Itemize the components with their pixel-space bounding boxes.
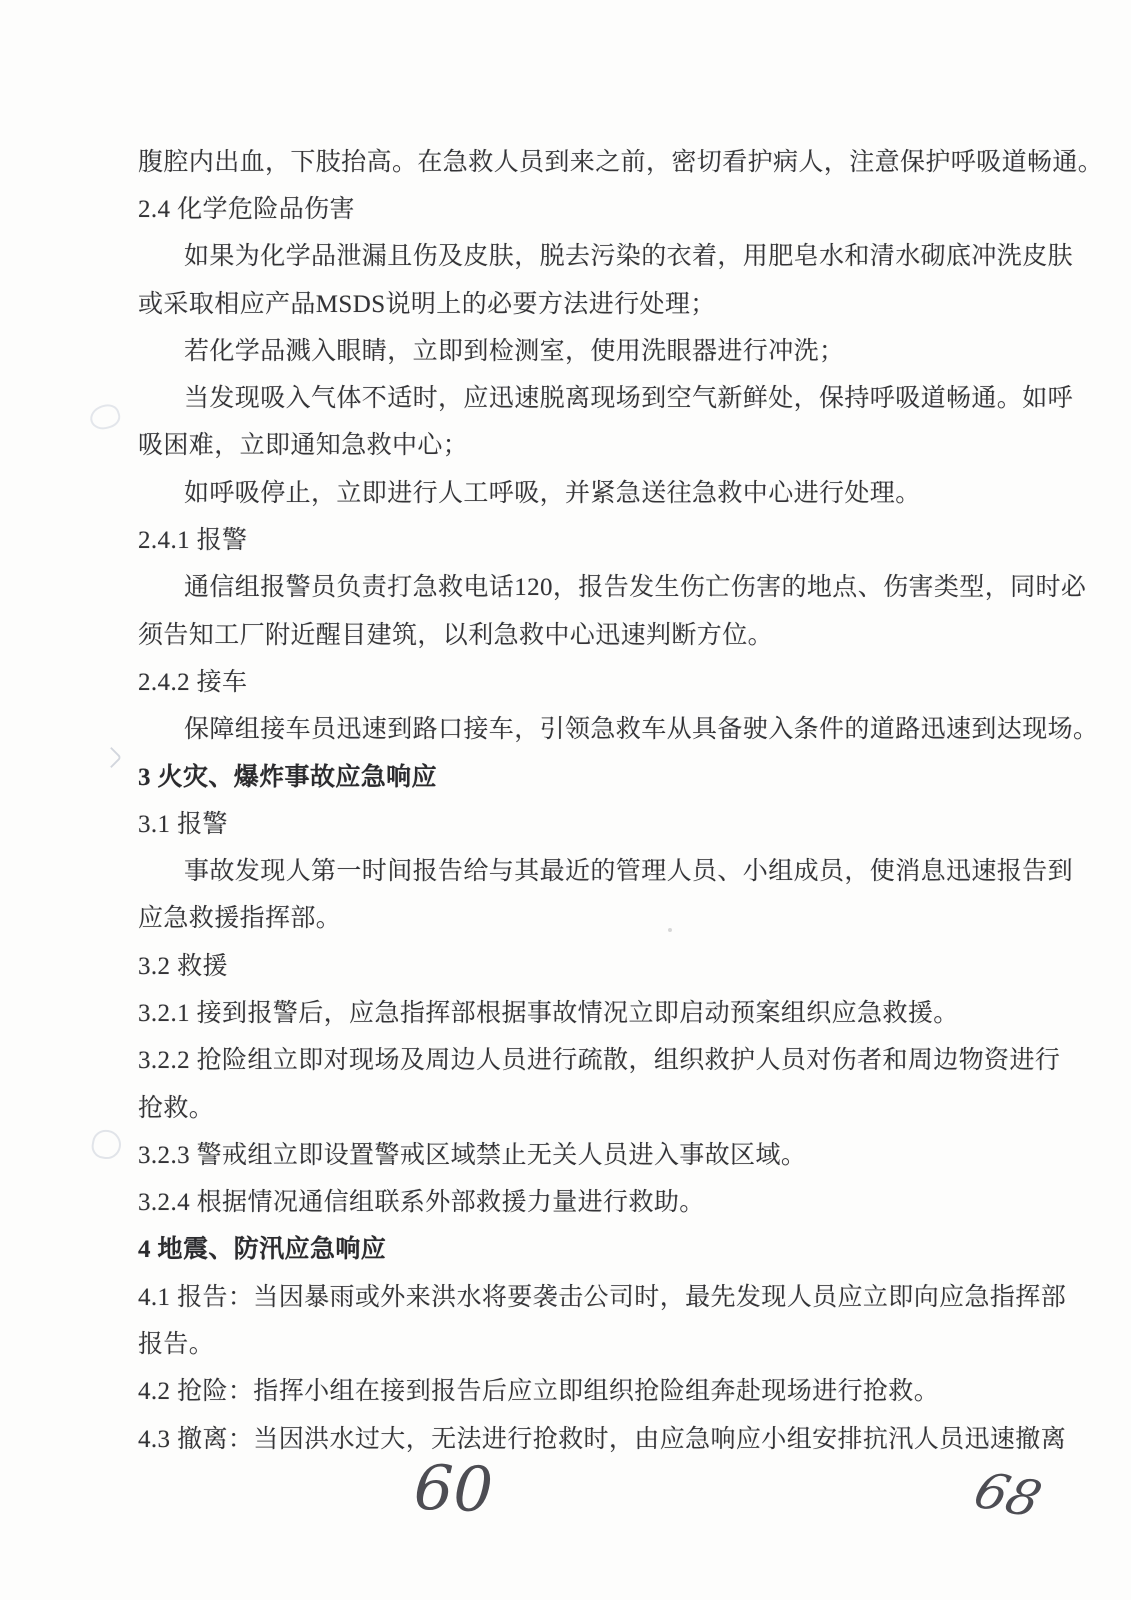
document-line: 当发现吸入气体不适时，应迅速脱离现场到空气新鲜处，保持呼吸道畅通。如呼	[138, 372, 1058, 419]
handwritten-page-number-right: 68	[967, 1462, 1048, 1529]
document-line: 2.4.1 报警	[138, 514, 1058, 561]
document-line: 3.2.3 警戒组立即设置警戒区域禁止无关人员进入事故区域。	[138, 1129, 1058, 1176]
document-line: 2.4 化学危险品伤害	[138, 183, 1058, 230]
document-line: 抢救。	[138, 1082, 1058, 1129]
document-line: 4 地震、防汛应急响应	[138, 1224, 1058, 1271]
document-line: 3.2.1 接到报警后，应急指挥部根据事故情况立即启动预案组织应急救援。	[138, 987, 1058, 1034]
document-line: 若化学品溅入眼睛，立即到检测室，使用洗眼器进行冲洗；	[138, 325, 1058, 372]
document-line: 3.2.2 抢险组立即对现场及周边人员进行疏散，组织救护人员对伤者和周边物资进行	[138, 1035, 1058, 1082]
document-line: 3.1 报警	[138, 798, 1058, 845]
document-line: 报告。	[138, 1318, 1058, 1365]
handwritten-page-number-center: 60	[413, 1451, 494, 1527]
document-line: 须告知工厂附近醒目建筑，以利急救中心迅速判断方位。	[138, 609, 1058, 656]
document-line: 4.1 报告：当因暴雨或外来洪水将要袭击公司时，最先发现人员应立即向应急指挥部	[138, 1271, 1058, 1318]
scan-chevron-mark-icon	[101, 747, 122, 768]
document-line: 吸困难，立即通知急救中心；	[138, 420, 1058, 467]
document-line: 4.2 抢险：指挥小组在接到报告后应立即组织抢险组奔赴现场进行抢救。	[138, 1366, 1058, 1413]
document-line: 4.3 撤离：当因洪水过大，无法进行抢救时，由应急响应小组安排抗汛人员迅速撤离	[138, 1413, 1058, 1460]
document-line: 如果为化学品泄漏且伤及皮肤，脱去污染的衣着，用肥皂水和清水砌底冲洗皮肤	[138, 231, 1058, 278]
document-line: 3.2.4 根据情况通信组联系外部救援力量进行救助。	[138, 1177, 1058, 1224]
document-line: 事故发现人第一时间报告给与其最近的管理人员、小组成员，使消息迅速报告到	[138, 845, 1058, 892]
document-line: 3 火灾、爆炸事故应急响应	[138, 751, 1058, 798]
document-line: 通信组报警员负责打急救电话120，报告发生伤亡伤害的地点、伤害类型，同时必	[138, 562, 1058, 609]
document-line: 或采取相应产品MSDS说明上的必要方法进行处理；	[138, 278, 1058, 325]
document-line: 3.2 救援	[138, 940, 1058, 987]
document-text-block: 腹腔内出血，下肢抬高。在急救人员到来之前，密切看护病人，注意保护呼吸道畅通。2.…	[138, 136, 1058, 1460]
document-line: 应急救援指挥部。	[138, 893, 1058, 940]
document-line: 保障组接车员迅速到路口接车，引领急救车从具备驶入条件的道路迅速到达现场。	[138, 704, 1058, 751]
document-line: 如呼吸停止，立即进行人工呼吸，并紧急送往急救中心进行处理。	[138, 467, 1058, 514]
scan-smudge-ring-icon	[87, 401, 123, 433]
scan-smudge-ring-icon	[90, 1128, 124, 1162]
document-page: 腹腔内出血，下肢抬高。在急救人员到来之前，密切看护病人，注意保护呼吸道畅通。2.…	[0, 0, 1131, 1600]
document-line: 腹腔内出血，下肢抬高。在急救人员到来之前，密切看护病人，注意保护呼吸道畅通。	[138, 136, 1058, 183]
document-line: 2.4.2 接车	[138, 656, 1058, 703]
